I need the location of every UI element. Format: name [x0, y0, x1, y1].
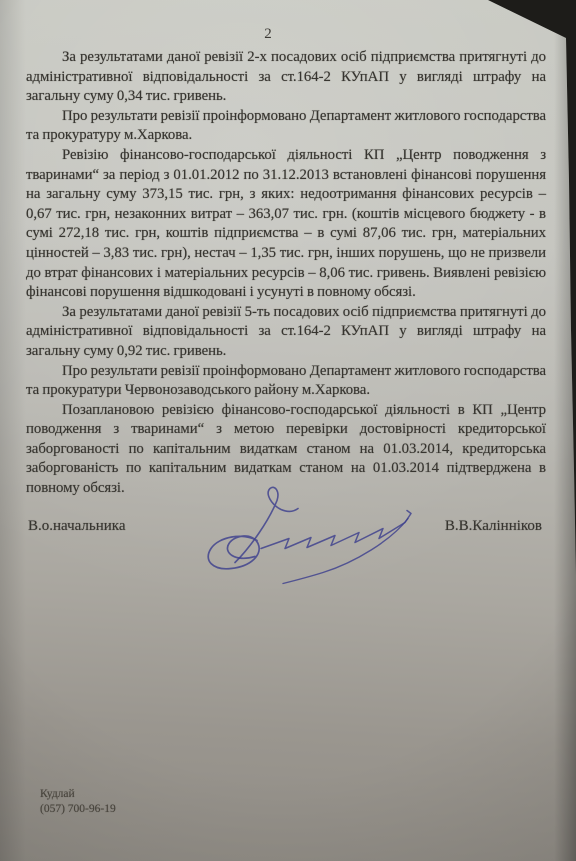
footer-contact: Кудлай (057) 700-96-19 — [40, 787, 116, 817]
executor-name: Кудлай — [40, 787, 116, 802]
paragraph-admin-liability-2-officials: За результатами даної ревізії 2-х посадо… — [26, 48, 546, 107]
paragraph-informed-department-2: Про результати ревізії проінформовано Де… — [26, 362, 546, 401]
document-body: За результатами даної ревізії 2-х посадо… — [26, 48, 546, 499]
paragraph-admin-liability-5-officials: За результатами даної ревізії 5-ть посад… — [26, 303, 546, 362]
signer-name: В.В.Калінніков — [445, 518, 542, 535]
paper-page: 2 За результатами даної ревізії 2-х поса… — [0, 0, 576, 861]
page-number: 2 — [0, 26, 536, 43]
paragraph-informed-department-1: Про результати ревізії проінформовано Де… — [26, 107, 546, 146]
paragraph-unscheduled-audit: Позаплановою ревізією фінансово-господар… — [26, 401, 546, 499]
paragraph-audit-findings: Ревізію фінансово-господарської діяльнос… — [26, 146, 546, 303]
document-photo: 2 За результатами даної ревізії 2-х поса… — [0, 0, 576, 861]
signer-title: В.о.начальника — [28, 518, 126, 535]
signature-block: В.о.начальника В.В.Калінніков — [28, 518, 542, 535]
executor-phone: (057) 700-96-19 — [40, 802, 116, 817]
